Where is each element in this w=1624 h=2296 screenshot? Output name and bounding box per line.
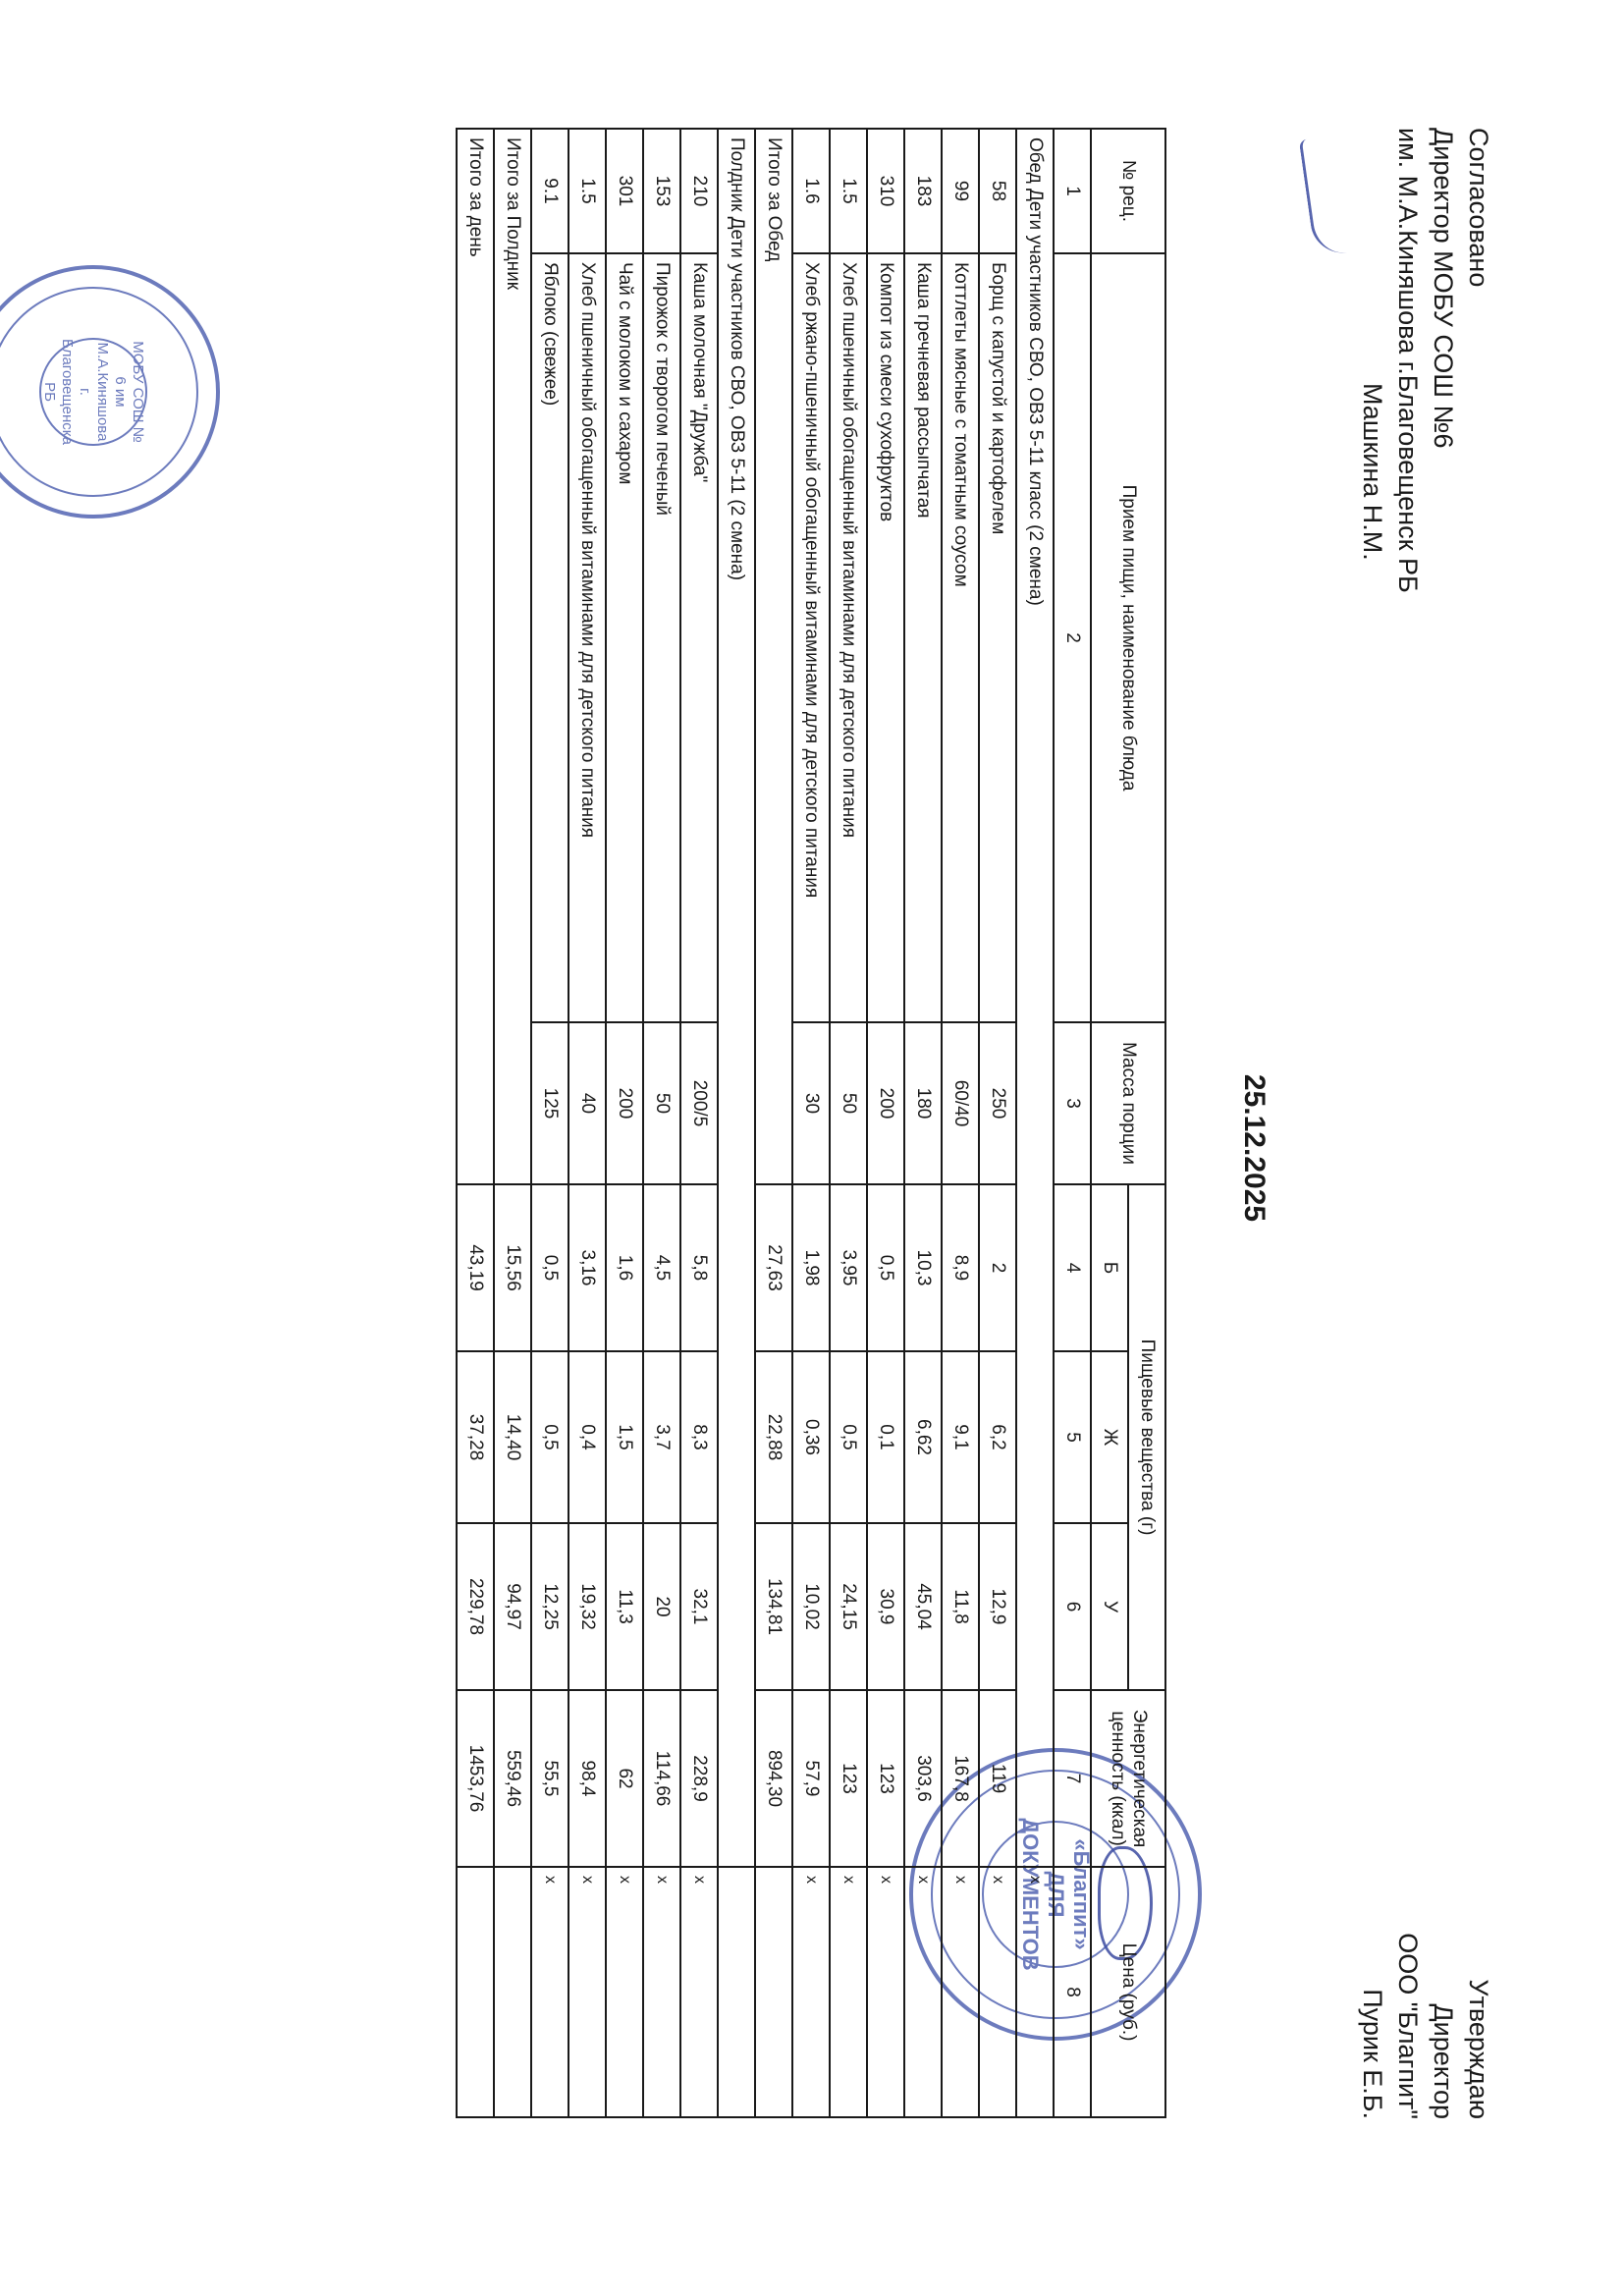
approval-block-school: Согласовано Директор МОБУ СОШ №6 им. М.А… [1355,128,1496,593]
table-row: 210Каша молочная "Дружба"200/55,88,332,1… [680,129,718,2117]
header-energy: Энергетическая ценность (ккал) [1091,1690,1165,1867]
column-number-row: 12345678 [1054,129,1091,2117]
carbs-value: 11,3 [606,1523,643,1690]
price-value: x [867,1867,904,2117]
table-row: 9.1Яблоко (свежее)1250,50,512,2555,5x [531,129,568,2117]
energy-value: 98,4 [568,1690,606,1867]
rotated-menu-page: Согласовано Директор МОБУ СОШ №6 им. М.А… [0,0,1624,2296]
protein-value: 10,3 [904,1184,942,1351]
protein-value: 2 [979,1184,1016,1351]
recipe-number: 153 [643,129,680,253]
table-row: 99Коттлеты мясные с томатным соусом60/40… [942,129,979,2117]
column-number: 6 [1054,1523,1091,1690]
portion-mass: 40 [568,1022,606,1184]
total-u: 134,81 [755,1523,792,1690]
carbs-value: 32,1 [680,1523,718,1690]
dish-name: Хлеб пшеничный обогащенный витаминами дл… [830,253,867,1022]
column-number: 7 [1054,1690,1091,1867]
protein-value: 5,8 [680,1184,718,1351]
school-stamp-text: МОБУ СОШ № 6 им М.А.Киняшова г. Благовещ… [39,338,147,446]
portion-mass: 30 [792,1022,830,1184]
carbs-value: 12,25 [531,1523,568,1690]
header-recipe-no: № рец. [1091,129,1165,253]
price-value: x [904,1867,942,2117]
dish-name: Пирожок с творогом печеный [643,253,680,1022]
recipe-number: 1.5 [830,129,867,253]
protein-value: 0,5 [531,1184,568,1351]
price-value: x [942,1867,979,2117]
energy-value: 62 [606,1690,643,1867]
portion-mass: 50 [643,1022,680,1184]
day-total-row: Итого за день43,1937,28229,781453,76 [457,129,494,2117]
section-price-mark: x [1016,1867,1054,2117]
protein-value: 1,98 [792,1184,830,1351]
protein-value: 3,16 [568,1184,606,1351]
total-label: Итого за Полдник [494,129,531,1184]
carbs-value: 20 [643,1523,680,1690]
total-zh: 37,28 [457,1351,494,1523]
recipe-number: 301 [606,129,643,253]
energy-value: 55,5 [531,1690,568,1867]
header-protein: Б [1091,1184,1128,1351]
carbs-value: 12,9 [979,1523,1016,1690]
column-number: 8 [1054,1867,1091,2117]
fat-value: 6,62 [904,1351,942,1523]
dish-name: Коттлеты мясные с томатным соусом [942,253,979,1022]
header-price: Цена (руб.) [1091,1867,1165,2117]
recipe-number: 99 [942,129,979,253]
fat-value: 6,2 [979,1351,1016,1523]
dish-name: Компот из смеси сухофруктов [867,253,904,1022]
energy-value: 123 [830,1690,867,1867]
column-number: 5 [1054,1351,1091,1523]
approval-signatory: Машкина Н.М. [1355,128,1390,593]
carbs-value: 45,04 [904,1523,942,1690]
protein-value: 3,95 [830,1184,867,1351]
total-label: Итого за день [457,129,494,1184]
table-row: 1.5Хлеб пшеничный обогащенный витаминами… [568,129,606,2117]
header-fat: Ж [1091,1351,1128,1523]
school-stamp-icon: МОБУ СОШ № 6 им М.А.Киняшова г. Благовещ… [0,265,220,519]
section-total-row: Итого за Обед27,6322,88134,81894,30 [755,129,792,2117]
energy-value: 114,66 [643,1690,680,1867]
carbs-value: 11,8 [942,1523,979,1690]
section-total-row: Итого за Полдник15,5614,4094,97559,46 [494,129,531,2117]
protein-value: 4,5 [643,1184,680,1351]
fat-value: 0,5 [830,1351,867,1523]
section-row: Обед Дети участников СВО, ОВЗ 5-11 класс… [1016,129,1054,2117]
table-row: 1.6Хлеб ржано-пшеничный обогащенный вита… [792,129,830,2117]
energy-value: 167,8 [942,1690,979,1867]
carbs-value: 19,32 [568,1523,606,1690]
portion-mass: 250 [979,1022,1016,1184]
fat-value: 8,3 [680,1351,718,1523]
recipe-number: 210 [680,129,718,253]
energy-value: 57,9 [792,1690,830,1867]
portion-mass: 60/40 [942,1022,979,1184]
menu-date: 25.12.2025 [1237,0,1271,2296]
table-row: 310Компот из смеси сухофруктов2000,50,13… [867,129,904,2117]
total-zh: 14,40 [494,1351,531,1523]
total-price [457,1867,494,2117]
approval-organization: ООО "Благпит" [1390,1933,1426,2119]
energy-value: 119 [979,1690,1016,1867]
table-row: 301Чай с молоком и сахаром2001,61,511,36… [606,129,643,2117]
portion-mass: 200/5 [680,1022,718,1184]
approval-signatory: Пурик Е.Б. [1355,1933,1390,2119]
column-number: 2 [1054,253,1091,1022]
header-portion-mass: Масса порции [1091,1022,1165,1184]
total-zh: 22,88 [755,1351,792,1523]
recipe-number: 1.6 [792,129,830,253]
total-kcal: 894,30 [755,1690,792,1867]
approval-title: Согласовано [1461,128,1496,593]
approval-organization: им. М.А.Киняшова г.Благовещенск РБ [1390,128,1426,593]
dish-name: Каша молочная "Дружба" [680,253,718,1022]
protein-value: 0,5 [867,1184,904,1351]
approval-block-company: Утверждаю Директор ООО "Благпит" Пурик Е… [1355,1933,1496,2119]
dish-name: Чай с молоком и сахаром [606,253,643,1022]
portion-mass: 50 [830,1022,867,1184]
table-row: 153Пирожок с творогом печеный504,53,7201… [643,129,680,2117]
total-price [494,1867,531,2117]
carbs-value: 24,15 [830,1523,867,1690]
recipe-number: 1.5 [568,129,606,253]
total-b: 43,19 [457,1184,494,1351]
fat-value: 9,1 [942,1351,979,1523]
energy-value: 303,6 [904,1690,942,1867]
column-number: 3 [1054,1022,1091,1184]
total-b: 15,56 [494,1184,531,1351]
total-price [755,1867,792,2117]
column-number: 4 [1054,1184,1091,1351]
total-kcal: 1453,76 [457,1690,494,1867]
portion-mass: 200 [606,1022,643,1184]
menu-table-body: Обед Дети участников СВО, ОВЗ 5-11 класс… [457,129,1054,2117]
dish-name: Хлеб пшеничный обогащенный витаминами дл… [568,253,606,1022]
price-value: x [568,1867,606,2117]
dish-name: Хлеб ржано-пшеничный обогащенный витамин… [792,253,830,1022]
dish-name: Яблоко (свежее) [531,253,568,1022]
approval-title: Утверждаю [1461,1933,1496,2119]
price-value: x [531,1867,568,2117]
energy-value: 123 [867,1690,904,1867]
header-nutrients: Пищевые вещества (г) [1128,1184,1165,1690]
portion-mass: 200 [867,1022,904,1184]
carbs-value: 10,02 [792,1523,830,1690]
approval-position: Директор [1426,1933,1461,2119]
menu-table: № рец. Прием пищи, наименование блюда Ма… [456,128,1166,2118]
price-value: x [830,1867,867,2117]
price-value: x [979,1867,1016,2117]
portion-mass: 125 [531,1022,568,1184]
price-value: x [643,1867,680,2117]
fat-value: 3,7 [643,1351,680,1523]
recipe-number: 183 [904,129,942,253]
dish-name: Борщ с капустой и картофелем [979,253,1016,1022]
total-kcal: 559,46 [494,1690,531,1867]
total-u: 229,78 [457,1523,494,1690]
section-title: Обед Дети участников СВО, ОВЗ 5-11 класс… [1016,129,1054,1867]
fat-value: 0,1 [867,1351,904,1523]
section-price-mark [718,1867,755,2117]
price-value: x [606,1867,643,2117]
price-value: x [680,1867,718,2117]
dish-name: Каша гречневая рассыпчатая [904,253,942,1022]
section-title: Полдник Дети участников СВО, ОВЗ 5-11 (2… [718,129,755,1867]
header-dish-name: Прием пищи, наименование блюда [1091,253,1165,1022]
total-label: Итого за Обед [755,129,792,1184]
carbs-value: 30,9 [867,1523,904,1690]
approval-position: Директор МОБУ СОШ №6 [1426,128,1461,593]
fat-value: 0,4 [568,1351,606,1523]
total-b: 27,63 [755,1184,792,1351]
recipe-number: 310 [867,129,904,253]
signature-school-director [1299,136,1347,256]
section-row: Полдник Дети участников СВО, ОВЗ 5-11 (2… [718,129,755,2117]
recipe-number: 9.1 [531,129,568,253]
fat-value: 0,5 [531,1351,568,1523]
table-row: 58Борщ с капустой и картофелем25026,212,… [979,129,1016,2117]
energy-value: 228,9 [680,1690,718,1867]
total-u: 94,97 [494,1523,531,1690]
header-row: № рец. Прием пищи, наименование блюда Ма… [1128,129,1165,2117]
recipe-number: 58 [979,129,1016,253]
protein-value: 8,9 [942,1184,979,1351]
table-row: 183Каша гречневая рассыпчатая18010,36,62… [904,129,942,2117]
price-value: x [792,1867,830,2117]
fat-value: 1,5 [606,1351,643,1523]
protein-value: 1,6 [606,1184,643,1351]
header-carbs: У [1091,1523,1128,1690]
fat-value: 0,36 [792,1351,830,1523]
portion-mass: 180 [904,1022,942,1184]
column-number: 1 [1054,129,1091,253]
table-row: 1.5Хлеб пшеничный обогащенный витаминами… [830,129,867,2117]
